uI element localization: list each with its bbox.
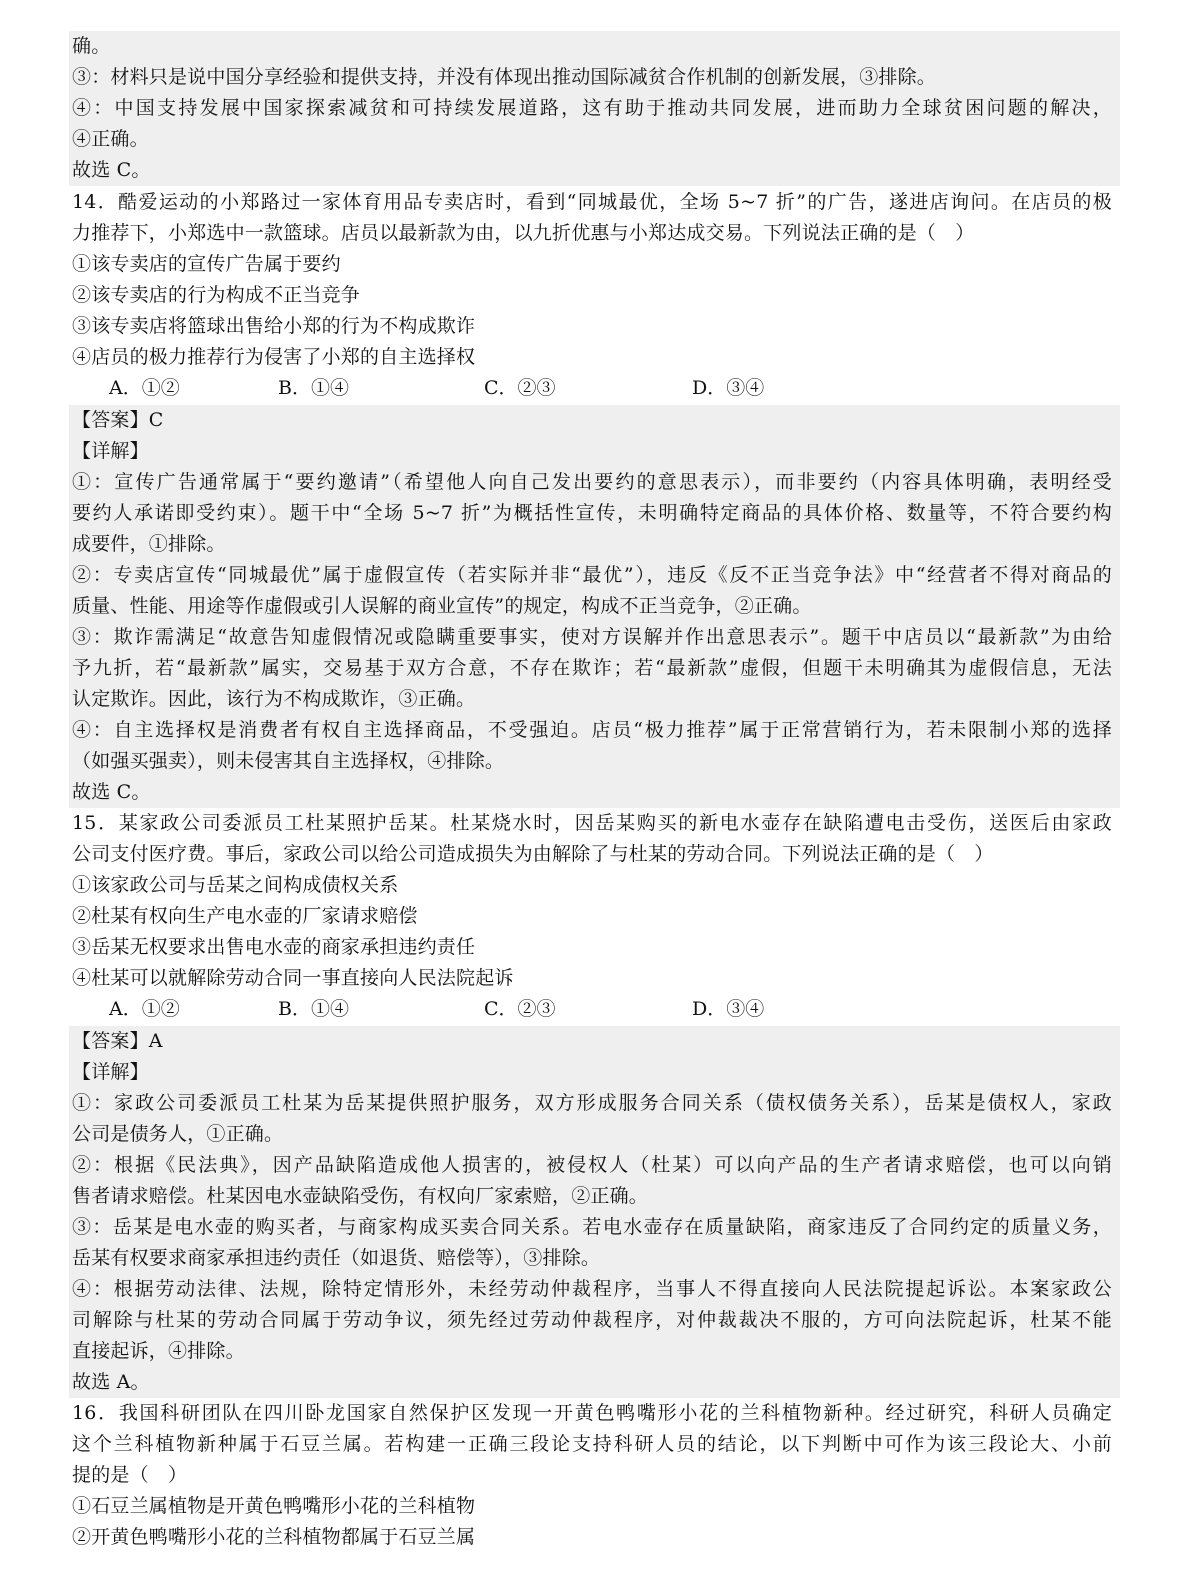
text-line: 公司支付医疗费。事后，家政公司以给公司造成损失为由解除了与杜某的劳动合同。下列说… bbox=[69, 839, 1120, 870]
text-line: 质量、性能、用途等作虚假或引人误解的商业宣传”的规定，构成不正当竞争，②正确。 bbox=[69, 591, 1120, 622]
answer-explanation-block: 【答案】C【详解】①：宣传广告通常属于“要约邀请”（希望他人向自己发出要约的意思… bbox=[69, 405, 1120, 808]
answer-explanation-block: 【答案】A【详解】①：家政公司委派员工杜某为岳某提供照护服务，双方形成服务合同关… bbox=[69, 1026, 1120, 1398]
explanation-heading: 【详解】 bbox=[69, 436, 1120, 467]
answer-label: 【答案】A bbox=[69, 1026, 1120, 1057]
question-block: 15．某家政公司委派员工杜某照护岳某。杜某烧水时，因岳某购买的新电水壶存在缺陷遭… bbox=[69, 808, 1120, 1025]
choice-a: A．①② bbox=[109, 994, 180, 1025]
answer-label: 【答案】C bbox=[69, 405, 1120, 436]
statement-option: ④店员的极力推荐行为侵害了小郑的自主选择权 bbox=[69, 342, 1120, 373]
text-line: 予九折，若“最新款”属实，交易基于双方合意，不存在欺诈；若“最新款”虚假，但题干… bbox=[69, 653, 1112, 684]
statement-option: ①该家政公司与岳某之间构成债权关系 bbox=[69, 870, 1120, 901]
text-line: 要约人承诺即受约束）。题干中“全场 5~7 折”为概括性宣传，未明确特定商品的具… bbox=[69, 498, 1112, 529]
final-answer: 故选 C。 bbox=[69, 777, 1120, 808]
statement-option: ①石豆兰属植物是开黄色鸭嘴形小花的兰科植物 bbox=[69, 1491, 1120, 1522]
answer-choices: A．①②B．①④C．②③D．③④ bbox=[69, 994, 1120, 1025]
text-line: 成要件，①排除。 bbox=[69, 529, 1120, 560]
choice-b: B．①④ bbox=[278, 994, 349, 1025]
text-line: 直接起诉，④排除。 bbox=[69, 1336, 1120, 1367]
final-answer: 故选 C。 bbox=[69, 155, 1120, 186]
text-line: 售者请求赔偿。杜某因电水壶缺陷受伤，有权向厂家索赔，②正确。 bbox=[69, 1181, 1120, 1212]
text-line: 确。 bbox=[69, 31, 1120, 62]
explanation-heading: 【详解】 bbox=[69, 1057, 1120, 1088]
question-block: 14．酷爱运动的小郑路过一家体育用品专卖店时，看到“同城最优，全场 5~7 折”… bbox=[69, 187, 1120, 404]
statement-option: ①该专卖店的宣传广告属于要约 bbox=[69, 249, 1120, 280]
text-line: ①：家政公司委派员工杜某为岳某提供照护服务，双方形成服务合同关系（债权债务关系）… bbox=[69, 1088, 1112, 1119]
text-line: 公司是债务人，①正确。 bbox=[69, 1119, 1120, 1150]
choice-c: C．②③ bbox=[484, 373, 556, 404]
document-page: 确。③：材料只是说中国分享经验和提供支持，并没有体现出推动国际减贫合作机制的创新… bbox=[0, 0, 1190, 1574]
text-line: ③：材料只是说中国分享经验和提供支持，并没有体现出推动国际减贫合作机制的创新发展… bbox=[69, 62, 1120, 93]
text-line: ④：中国支持发展中国家探索减贫和可持续发展道路，这有助于推动共同发展，进而助力全… bbox=[69, 93, 1112, 124]
text-line: ②：根据《民法典》，因产品缺陷造成他人损害的，被侵权人（杜某）可以向产品的生产者… bbox=[69, 1150, 1112, 1181]
answer-choices: A．①②B．①④C．②③D．③④ bbox=[69, 373, 1120, 404]
choice-b: B．①④ bbox=[278, 373, 349, 404]
text-line: 力推荐下，小郑选中一款篮球。店员以最新款为由，以九折优惠与小郑达成交易。下列说法… bbox=[69, 218, 1120, 249]
choice-d: D．③④ bbox=[692, 373, 764, 404]
choice-d: D．③④ bbox=[692, 994, 764, 1025]
statement-option: ④杜某可以就解除劳动合同一事直接向人民法院起诉 bbox=[69, 963, 1120, 994]
text-line: ②：专卖店宣传“同城最优”属于虚假宣传（若实际并非“最优”），违反《反不正当竞争… bbox=[69, 560, 1112, 591]
text-line: ④正确。 bbox=[69, 124, 1120, 155]
text-line: ③：欺诈需满足“故意告知虚假情况或隐瞒重要事实，使对方误解并作出意思表示”。题干… bbox=[69, 622, 1112, 653]
text-line: 司解除与杜某的劳动合同属于劳动争议，须先经过劳动仲裁程序，对仲裁裁决不服的，方可… bbox=[69, 1305, 1112, 1336]
text-line: ①：宣传广告通常属于“要约邀请”（希望他人向自己发出要约的意思表示），而非要约（… bbox=[69, 467, 1112, 498]
question-block: 16．我国科研团队在四川卧龙国家自然保护区发现一开黄色鸭嘴形小花的兰科植物新种。… bbox=[69, 1398, 1120, 1553]
statement-option: ②杜某有权向生产电水壶的厂家请求赔偿 bbox=[69, 901, 1120, 932]
text-line: （如强买强卖），则未侵害其自主选择权，④排除。 bbox=[69, 746, 1120, 777]
text-line: 这个兰科植物新种属于石豆兰属。若构建一正确三段论支持科研人员的结论，以下判断中可… bbox=[69, 1429, 1112, 1460]
final-answer: 故选 A。 bbox=[69, 1367, 1120, 1398]
text-line: ③：岳某是电水壶的购买者，与商家构成买卖合同关系。若电水壶存在质量缺陷，商家违反… bbox=[69, 1212, 1112, 1243]
text-line: 岳某有权要求商家承担违约责任（如退货、赔偿等），③排除。 bbox=[69, 1243, 1120, 1274]
statement-option: ②该专卖店的行为构成不正当竞争 bbox=[69, 280, 1120, 311]
question-stem: 16．我国科研团队在四川卧龙国家自然保护区发现一开黄色鸭嘴形小花的兰科植物新种。… bbox=[69, 1398, 1112, 1429]
question-stem: 14．酷爱运动的小郑路过一家体育用品专卖店时，看到“同城最优，全场 5~7 折”… bbox=[69, 187, 1112, 218]
text-line: 认定欺诈。因此，该行为不构成欺诈，③正确。 bbox=[69, 684, 1120, 715]
choice-c: C．②③ bbox=[484, 994, 556, 1025]
answer-explanation-block: 确。③：材料只是说中国分享经验和提供支持，并没有体现出推动国际减贫合作机制的创新… bbox=[69, 31, 1120, 186]
statement-option: ③岳某无权要求出售电水壶的商家承担违约责任 bbox=[69, 932, 1120, 963]
question-stem: 15．某家政公司委派员工杜某照护岳某。杜某烧水时，因岳某购买的新电水壶存在缺陷遭… bbox=[69, 808, 1112, 839]
text-line: 提的是（ ） bbox=[69, 1460, 1120, 1491]
text-line: ④：根据劳动法律、法规，除特定情形外，未经劳动仲裁程序，当事人不得直接向人民法院… bbox=[69, 1274, 1112, 1305]
statement-option: ②开黄色鸭嘴形小花的兰科植物都属于石豆兰属 bbox=[69, 1522, 1120, 1553]
text-line: ④：自主选择权是消费者有权自主选择商品，不受强迫。店员“极力推荐”属于正常营销行… bbox=[69, 715, 1112, 746]
statement-option: ③该专卖店将篮球出售给小郑的行为不构成欺诈 bbox=[69, 311, 1120, 342]
choice-a: A．①② bbox=[109, 373, 180, 404]
